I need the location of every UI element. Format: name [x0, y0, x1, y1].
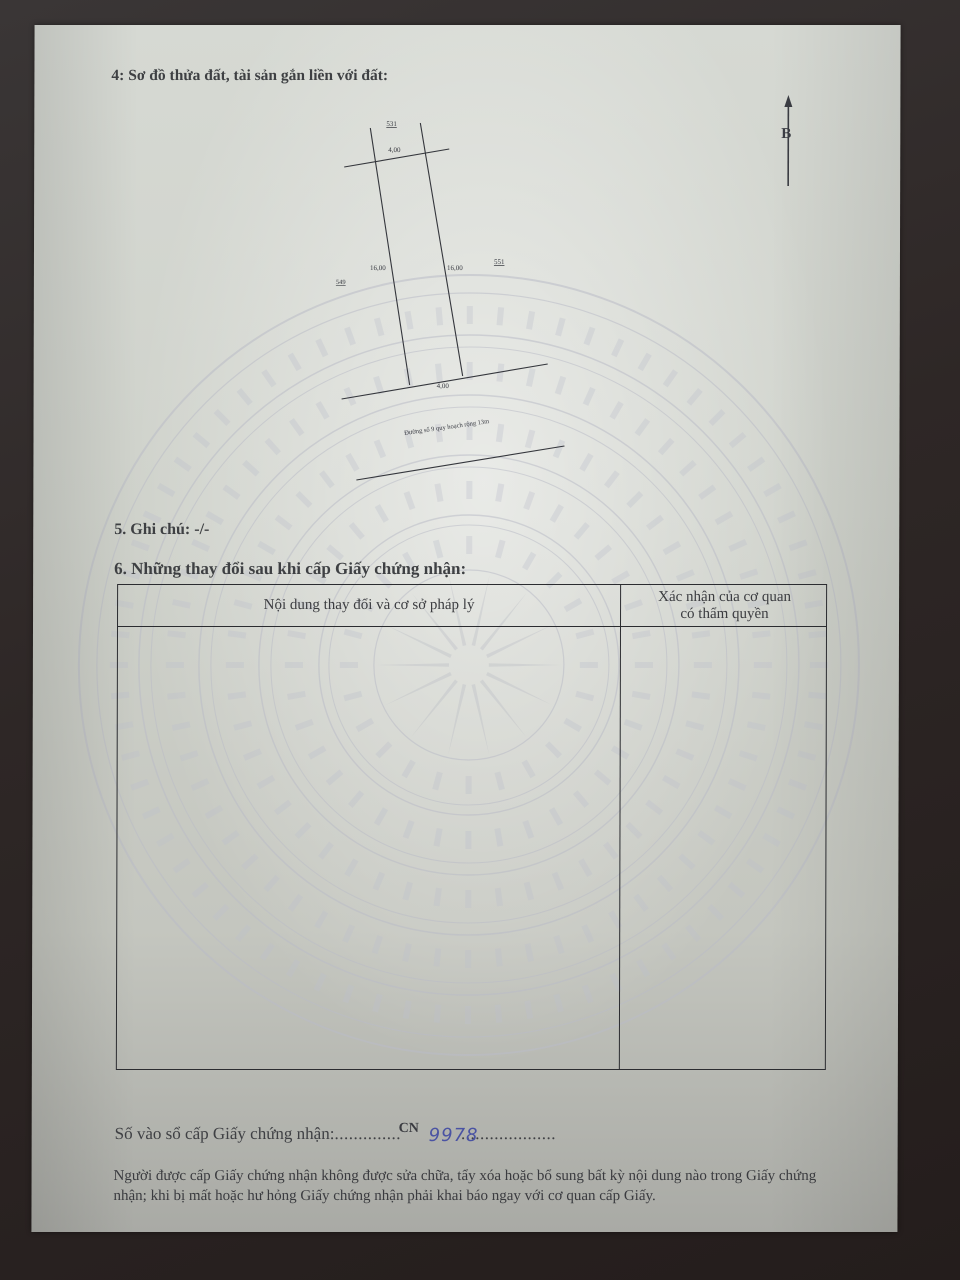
north-label: B	[781, 126, 791, 142]
parcel-551-label: 551	[494, 258, 505, 266]
registration-label: Số vào sổ cấp Giấy chứng nhận:	[115, 1124, 335, 1143]
bottom-edge-dimension: 4,00	[437, 382, 450, 390]
legal-notice: Người được cấp Giấy chứng nhận không đượ…	[113, 1166, 833, 1206]
authority-confirmation-cell	[620, 627, 826, 1069]
section-5-notes: 5. Ghi chú: -/-	[114, 521, 209, 539]
column-header-change-content: Nội dung thay đổi và cơ sở pháp lý	[118, 585, 620, 626]
parcel-549-label: 549	[336, 279, 346, 286]
column-header-confirm-line-2: có thẩm quyền	[658, 606, 791, 623]
registration-dots-leading: ..............	[334, 1124, 401, 1144]
registration-prefix: CN	[399, 1121, 419, 1137]
registration-number-line: Số vào sổ cấp Giấy chứng nhận:..........…	[115, 1124, 556, 1144]
top-edge-dimension: 4,00	[388, 146, 401, 154]
column-header-confirm-line-1: Xác nhận của cơ quan	[658, 589, 791, 606]
changes-table: Nội dung thay đổi và cơ sở pháp lý Xác n…	[116, 584, 827, 1070]
parcel-531-label: 531	[386, 120, 397, 128]
right-edge-dimension: 16,00	[447, 264, 463, 272]
change-content-cell	[117, 627, 620, 1069]
land-plot-diagram: 531 4,00 549 16,00 16,00 551 4,00 Đường …	[33, 25, 900, 525]
section-6-title: 6. Những thay đổi sau khi cấp Giấy chứng…	[114, 559, 466, 579]
certificate-page: 4: Sơ đồ thửa đất, tài sản gắn liền với …	[31, 25, 900, 1232]
column-header-authority-confirmation: Xác nhận của cơ quan có thẩm quyền	[621, 585, 828, 626]
left-edge-dimension: 16,00	[370, 264, 386, 272]
road-label: Đường số 9 quy hoạch rộng 13m	[404, 418, 490, 437]
registration-number-handwritten: 9978	[429, 1125, 479, 1146]
